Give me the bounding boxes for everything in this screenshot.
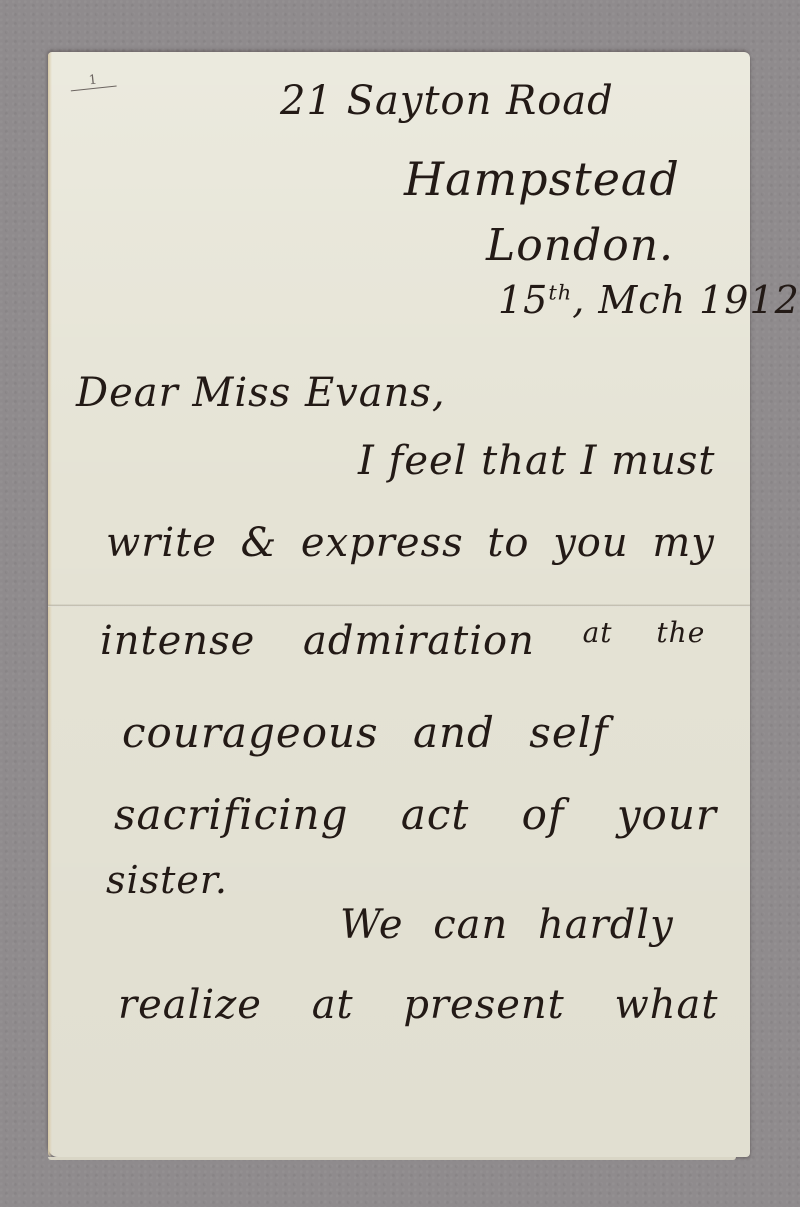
letter-date: 15th, Mch 1912 [498, 278, 800, 322]
letter-page: 1 21 Sayton Road Hampstead London. 15th,… [48, 52, 750, 1157]
body-line: intense admiration at the [100, 618, 705, 664]
salutation: Dear Miss Evans, [76, 370, 446, 416]
body-line: sacrificing act of your [114, 790, 717, 839]
body-line-insertion: at the [583, 616, 706, 649]
body-line-text: intense admiration [100, 618, 535, 664]
address-district: Hampstead [404, 152, 680, 206]
address-street: 21 Sayton Road [280, 78, 614, 124]
body-line: courageous and self [122, 708, 609, 757]
date-rest: , Mch 1912 [572, 278, 800, 322]
page-number: 1 [69, 72, 116, 92]
fold-crease [48, 604, 750, 607]
body-line: We can hardly [340, 902, 674, 948]
body-line: sister. [106, 858, 228, 902]
body-line: realize at present what [118, 982, 718, 1028]
body-line: I feel that I must [358, 438, 715, 484]
body-line: write & express to you my [106, 520, 715, 566]
date-day-suffix: th [548, 280, 572, 304]
date-day: 15 [498, 278, 548, 322]
address-city: London. [486, 220, 674, 271]
